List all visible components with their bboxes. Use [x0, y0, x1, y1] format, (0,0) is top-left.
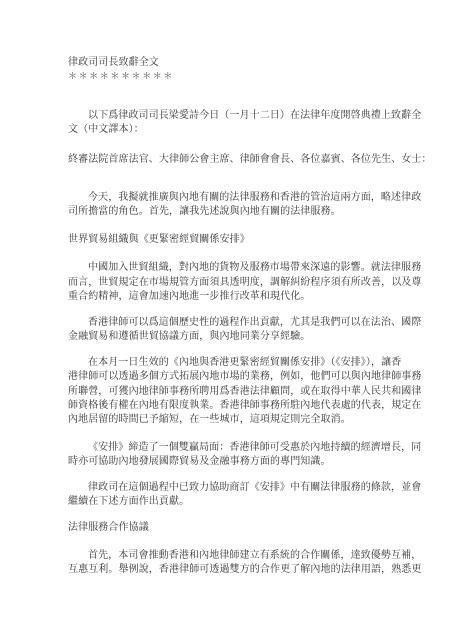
- document-title: 律政司司長致辭全文: [68, 57, 159, 69]
- paragraph-cooperation: 首先，本司會推動香港和內地律師建立有系統的合作關係，達致優勢互補，: [88, 550, 421, 562]
- paragraph-win-win: 時亦可協助內地發展國際貿易及金融事務方面的專門知識。: [68, 456, 331, 468]
- paragraph-opening: 司所擔當的角色。首先，讓我先述說與內地有關的法律服務。: [68, 206, 341, 218]
- paragraph-cepa: 港律師可以透過多個方式拓展內地市場的業務，例如，他們可以與內地律師事務: [68, 371, 422, 383]
- paragraph-hk-lawyers: 金融貿易和遵循世貿協議方面，與內地同業分享經驗。: [68, 331, 310, 343]
- paragraph-cooperation: 互惠互利。舉例說，香港律師可透過雙方的合作更了解內地的法律用語，熟悉更: [68, 564, 422, 576]
- paragraph-wto: 中國加入世貿組織，對內地的貨物及服務市場帶來深遠的影響。就法律服務: [88, 262, 421, 274]
- paragraph-win-win: 《安排》締造了一個雙贏局面：香港律師可受惠於內地持續的經濟增長，同: [88, 442, 421, 454]
- paragraph-opening: 今天，我擬就推廣與內地有關的法律服務和香港的管治這兩方面，略述律政: [88, 192, 421, 204]
- intro-paragraph: 文（中文譯本）：: [68, 124, 144, 136]
- paragraph-doj-role: 律政司在這個過程中已致力協助商訂《安排》中有關法律服務的條款，並會: [88, 482, 421, 494]
- paragraph-wto: 而言，世貿規定在市場規管方面須具透明度，調解糾紛程序須有所改善，以及尊: [68, 277, 422, 289]
- document-page: 律政司司長致辭全文＊＊＊＊＊＊＊＊＊＊以下爲律政司司長梁愛詩今日（一月十二日）在…: [0, 0, 452, 640]
- title-separator-stars: ＊＊＊＊＊＊＊＊＊＊: [68, 71, 174, 83]
- paragraph-hk-lawyers: 香港律師可以爲這個歷史性的過程作出貢獻，尤其是我們可以在法治、國際: [88, 317, 421, 329]
- paragraph-doj-role: 繼續在下述方面作出貢獻。: [68, 496, 189, 508]
- intro-paragraph: 以下爲律政司司長梁愛詩今日（一月十二日）在法律年度開啓典禮上致辭全: [88, 110, 421, 122]
- paragraph-cepa: 在本月一日生效的《內地與香港更緊密經貿關係安排》（《安排》），讓香: [88, 357, 401, 369]
- section-heading-wto-cepa: 世界貿易組織與《更緊密經貿關係安排》: [68, 234, 250, 246]
- salutation: 終審法院首席法官、大律師公會主席、律師會會長、各位嘉賓、各位先生、女士：: [68, 154, 432, 166]
- section-heading-legal-cooperation: 法律服務合作協議: [68, 522, 149, 534]
- paragraph-cepa: 所聯營，可獲內地律師事務所聘用爲香港法律顧問，或在取得中華人民共和國律: [68, 386, 422, 398]
- paragraph-cepa: 師資格後有權在內地有限度執業。香港律師事務所駐內地代表處的代表，規定在: [68, 400, 422, 412]
- paragraph-cepa: 內地居留的時間已予縮短，在一些城市，這項規定則完全取消。: [68, 414, 351, 426]
- paragraph-wto: 重合約精神，這會加速內地進一步推行改革和現代化。: [68, 291, 310, 303]
